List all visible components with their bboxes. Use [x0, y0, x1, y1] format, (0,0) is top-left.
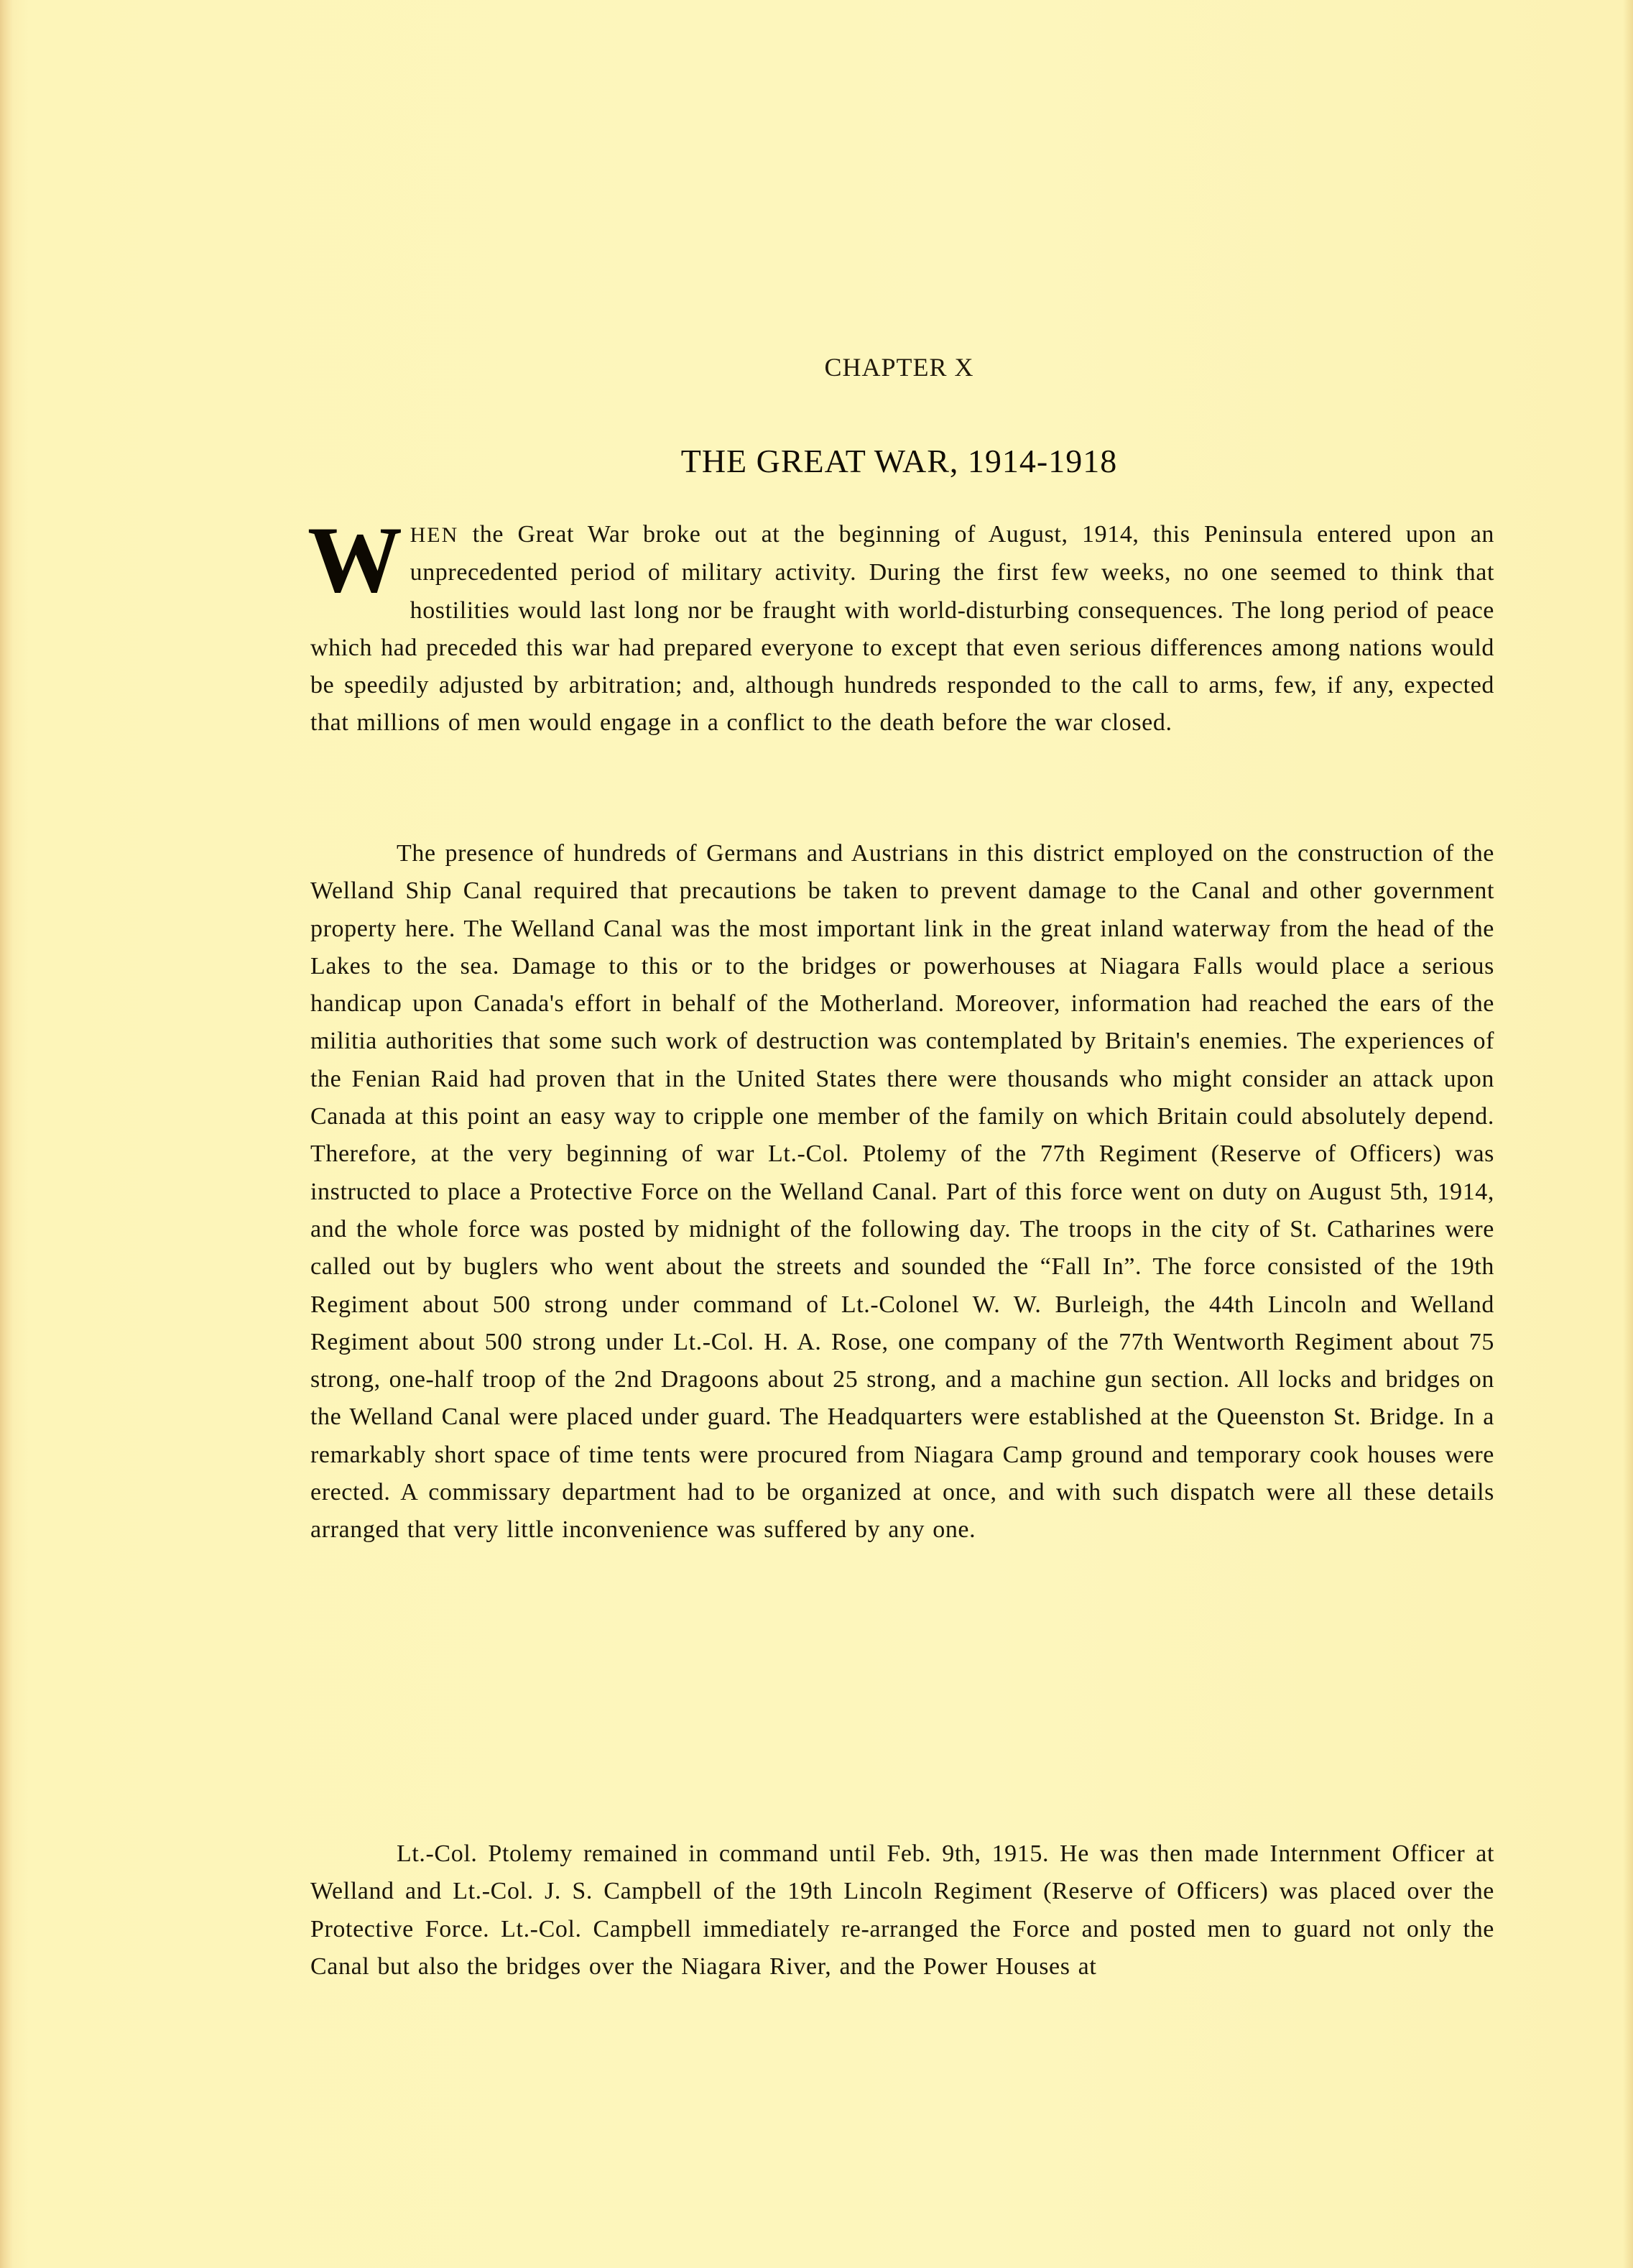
paragraph-3-text: Lt.-Col. Ptolemy remained in command unt… — [310, 1835, 1494, 1986]
paragraph-1: WHEN the Great War broke out at the begi… — [310, 516, 1494, 767]
page-edge-shadow — [1623, 0, 1633, 2268]
chapter-label: CHAPTER X — [0, 352, 1633, 382]
paragraph-2: The presence of hundreds of Germans and … — [310, 835, 1494, 1574]
paragraph-3: Lt.-Col. Ptolemy remained in command unt… — [310, 1835, 1494, 2010]
paragraph-1-text: the Great War broke out at the beginning… — [310, 521, 1494, 736]
drop-cap-lead: HEN — [410, 523, 459, 547]
paragraph-1-body: WHEN the Great War broke out at the begi… — [310, 516, 1494, 742]
chapter-title: THE GREAT WAR, 1914-1918 — [0, 442, 1633, 480]
scanned-page: CHAPTER X THE GREAT WAR, 1914-1918 WHEN … — [0, 0, 1633, 2268]
drop-cap: W — [307, 523, 403, 596]
paragraph-2-text: The presence of hundreds of Germans and … — [310, 835, 1494, 1549]
